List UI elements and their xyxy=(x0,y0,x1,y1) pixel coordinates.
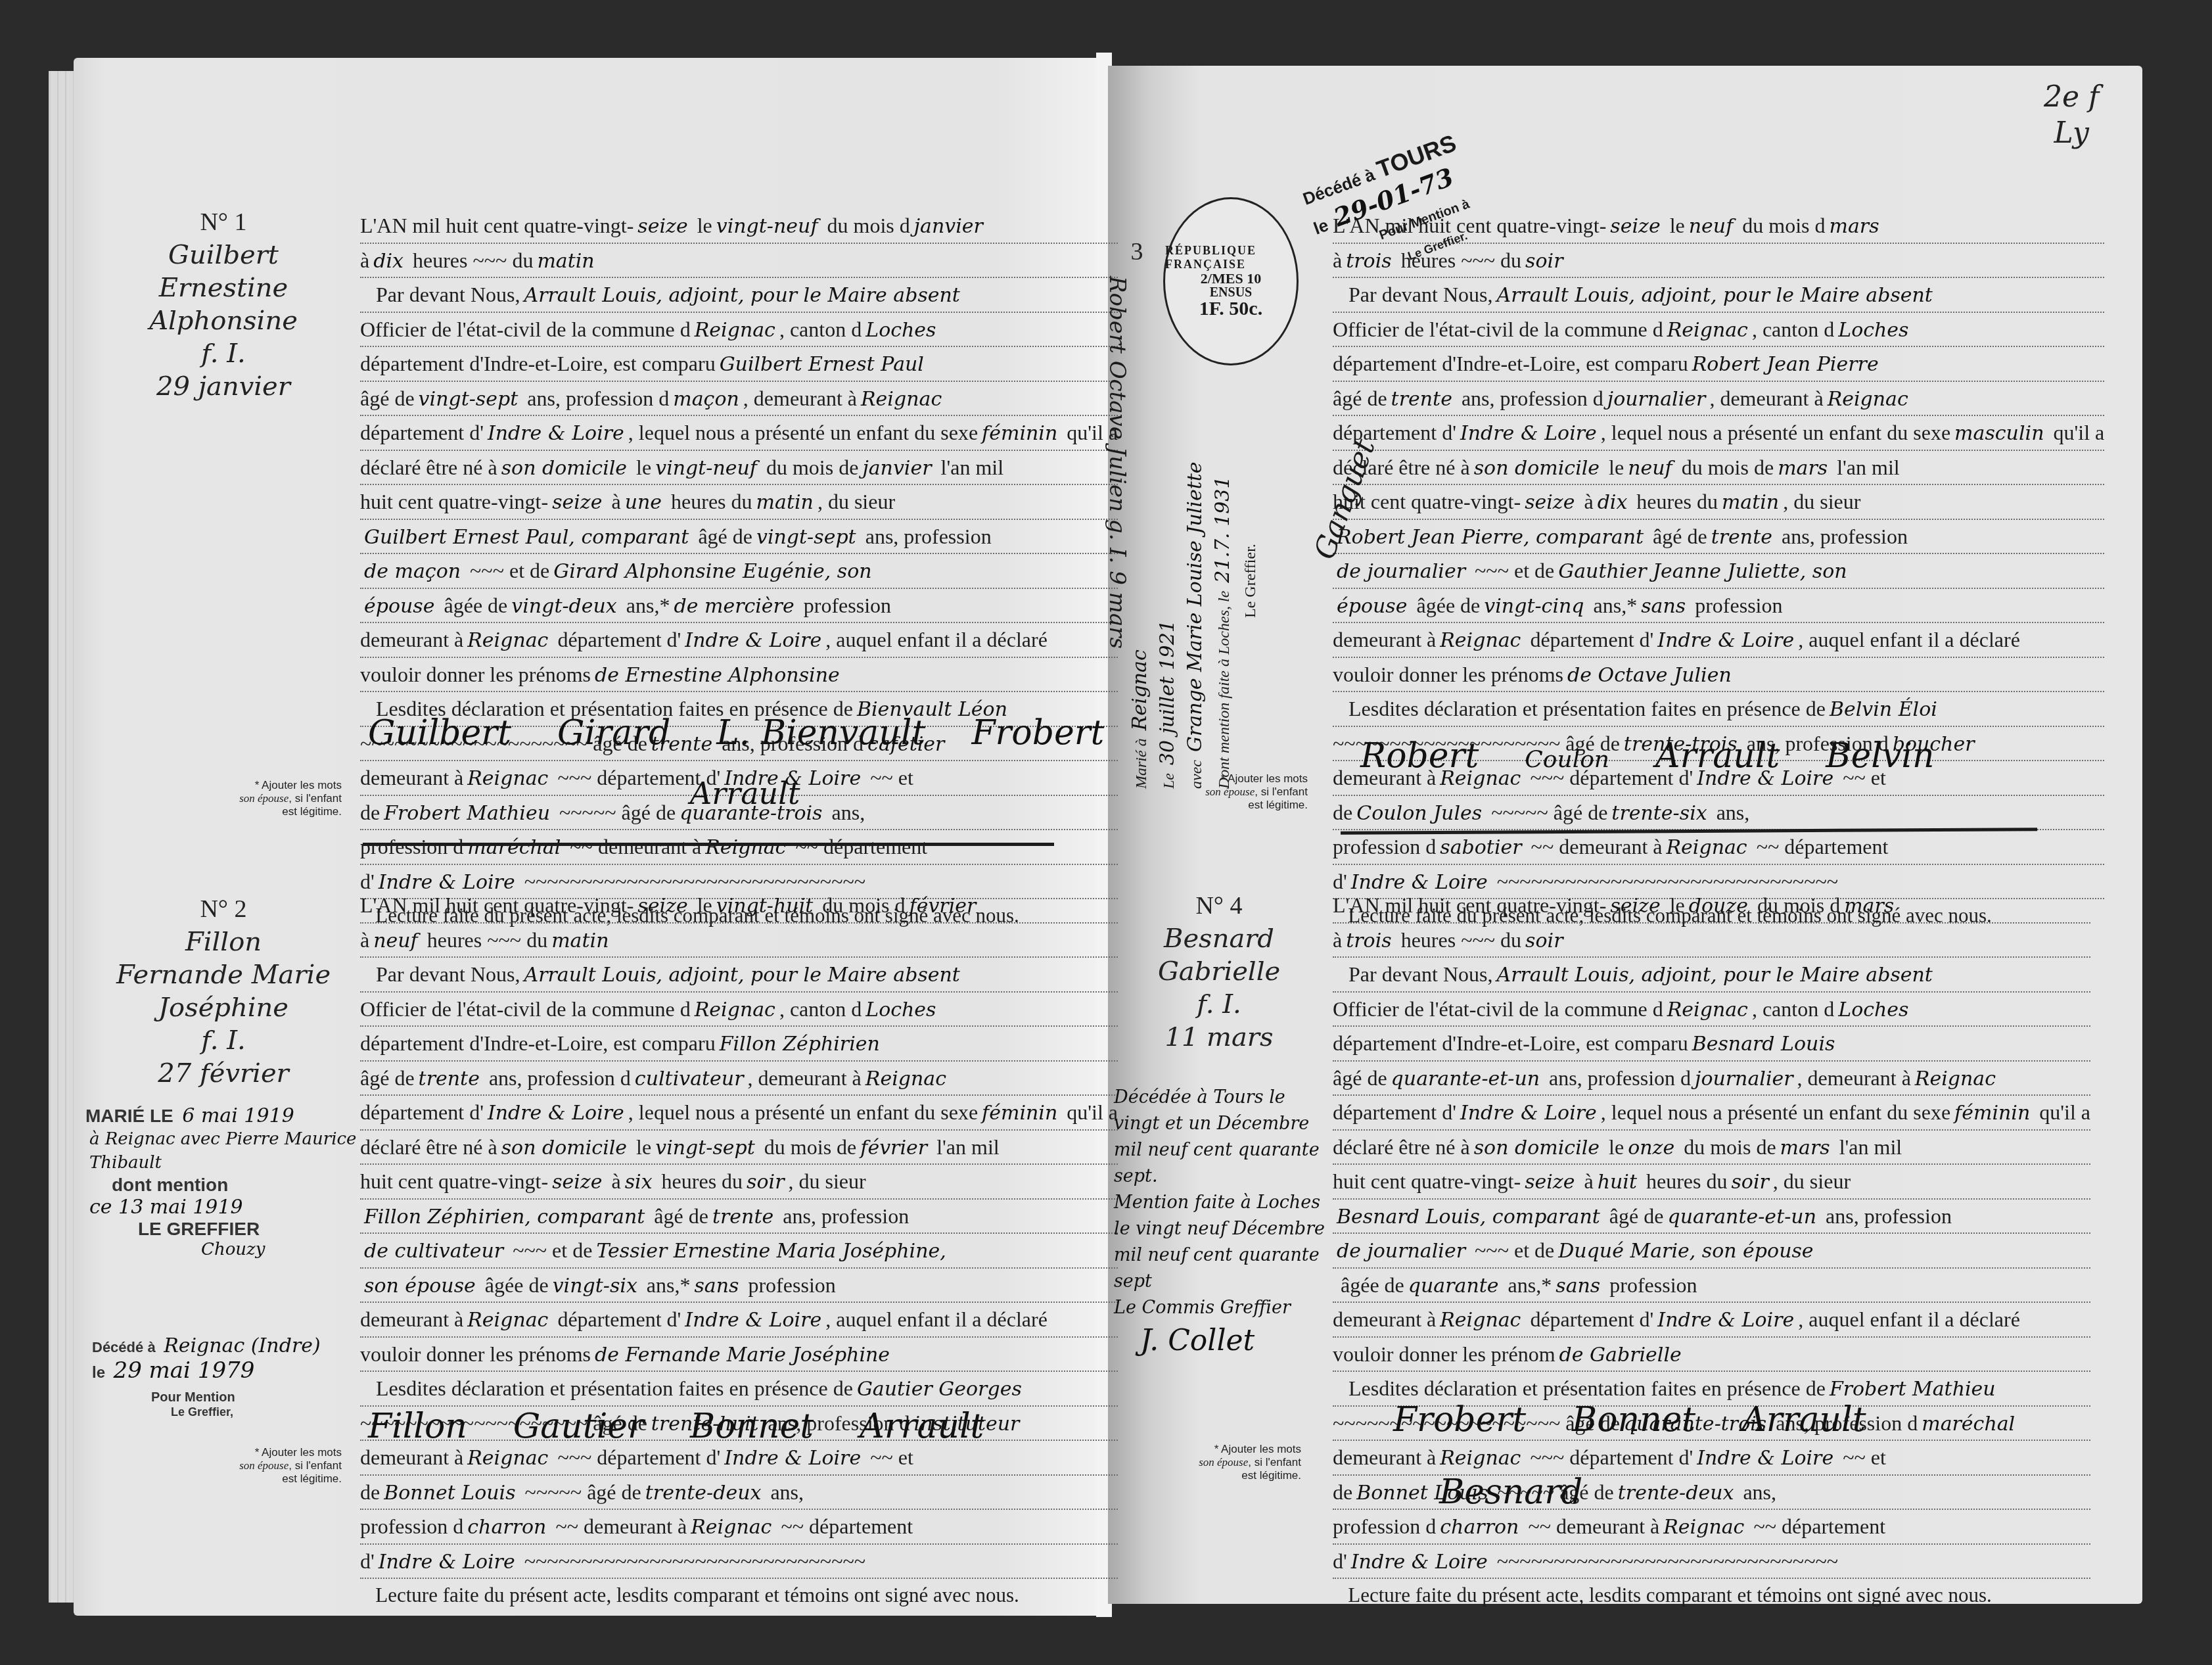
handwritten-father-profession: de journalier xyxy=(1333,1240,1469,1263)
handwritten-child-sex: masculin xyxy=(1950,422,2048,445)
handwritten-period: matin xyxy=(547,929,612,952)
handwritten-witness2-residence: Reignac xyxy=(687,1516,775,1539)
handwritten-mother-epouse xyxy=(1333,1275,1341,1298)
handwritten-father: Guilbert Ernest Paul, comparant xyxy=(360,526,693,549)
handwritten-mother-profession: sans xyxy=(1552,1275,1604,1298)
handwritten-witness2-profession: charron xyxy=(1436,1516,1523,1539)
act-3-signatures: RobertCoulonArraultBelvin xyxy=(1360,736,1980,776)
handwritten-birth-period: soir xyxy=(743,1171,788,1194)
handwritten-witness1-residence: Reignac xyxy=(1436,1447,1525,1470)
handwritten-commune: Reignac xyxy=(691,998,779,1021)
handwritten-mother-profession: sans xyxy=(1637,595,1690,618)
handwritten-declarant: Robert Jean Pierre xyxy=(1688,353,1883,376)
handwritten-child-sex: féminin xyxy=(978,1102,1061,1125)
handwritten-residence-dept: Indre & Loire xyxy=(484,1102,628,1125)
handwritten-mother: Girard Alphonsine Eugénie, son xyxy=(549,560,875,583)
handwritten-commune: Reignac xyxy=(691,319,779,342)
handwritten-given-names: de Gabrielle xyxy=(1555,1344,1686,1367)
handwritten-declarant-profession: cultivateur xyxy=(631,1067,748,1090)
handwritten-declarant-profession: journalier xyxy=(1603,388,1710,411)
handwritten-hour: trois xyxy=(1342,929,1395,952)
margin-given-names: Fernande Marie Joséphine xyxy=(99,958,348,1024)
handwritten-parents-dept: Indre & Loire xyxy=(1653,1309,1798,1332)
handwritten-mother-epouse: épouse xyxy=(360,595,439,618)
handwritten-given-names: de Fernande Marie Joséphine xyxy=(591,1344,894,1367)
handwritten-declarant-age: trente xyxy=(415,1067,484,1090)
handwritten-birth-day: onze xyxy=(1624,1137,1678,1160)
handwritten-birth-period: matin xyxy=(752,491,818,514)
handwritten-birth-year-suffix: seize xyxy=(1521,1171,1578,1194)
mention-stamp: dont mention xyxy=(112,1175,361,1196)
handwritten-officer: Arrault Louis, adjoint, pour le Maire ab… xyxy=(1493,964,1937,987)
handwritten-declarant-profession: maçon xyxy=(669,388,743,411)
handwritten-birth-place: son domicile xyxy=(1470,457,1603,480)
act-4-father-signature: Besnard xyxy=(1439,1472,1628,1512)
handwritten-residence: Reignac xyxy=(857,388,946,411)
handwritten-declarant-age: quarante-et-un xyxy=(1387,1067,1544,1090)
handwritten-month: janvier xyxy=(910,215,987,238)
handwritten-declarant-age: trente xyxy=(1387,388,1456,411)
birth-act-body: L'AN mil huit cent quatre-vingt-seize le… xyxy=(360,209,1118,933)
handwritten-parents-dept: Indre & Loire xyxy=(681,629,825,652)
tax-stamp: RÉPUBLIQUE FRANÇAISE 2/MES 10 ENSUS 1F. … xyxy=(1163,197,1299,365)
margin-date: 29 janvier xyxy=(99,370,348,403)
handwritten-given-names: de Octave Julien xyxy=(1563,664,1736,687)
death-note-act-2: Décédé à Reignac (Indre) le 29 mai 1979 … xyxy=(92,1334,368,1419)
handwritten-birth-day: vingt-neuf xyxy=(651,457,761,480)
handwritten-father-profession: de maçon xyxy=(360,560,465,583)
handwritten-birth-place: son domicile xyxy=(497,457,631,480)
handwritten-mother-age: vingt-six xyxy=(549,1275,641,1298)
handwritten-witness1-profession: maréchal xyxy=(1918,1413,2019,1436)
handwritten-hour: neuf xyxy=(369,929,422,952)
margin-surname: Guilbert xyxy=(99,239,348,271)
handwritten-witness2-residence: Reignac xyxy=(1659,1516,1748,1539)
act-1-signatures: GuilbertGirardL. BienvaultFrobert xyxy=(368,713,1150,753)
handwritten-residence-dept: Indre & Loire xyxy=(484,422,628,445)
handwritten-year-suffix: seize xyxy=(634,895,691,918)
handwritten-parents-residence: Reignac xyxy=(463,1309,552,1332)
handwritten-birth-period: matin xyxy=(1718,491,1783,514)
handwritten-declarant-profession: journalier xyxy=(1691,1067,1797,1090)
handwritten-month: mars xyxy=(1825,215,1883,238)
handwritten-officer: Arrault Louis, adjoint, pour le Maire ab… xyxy=(520,964,964,987)
handwritten-birth-hour: huit xyxy=(1594,1171,1641,1194)
death-note-act-4: Décédée à Tours le vingt et un Décembre … xyxy=(1114,1085,1331,1354)
handwritten-witness2-age: trente-deux xyxy=(641,1482,766,1505)
handwritten-mother-profession: de mercière xyxy=(670,595,798,618)
handwritten-residence-dept: Indre & Loire xyxy=(1456,1102,1601,1125)
handwritten-witness1: Gautier Georges xyxy=(853,1378,1026,1401)
handwritten-witness1: Belvin Éloi xyxy=(1826,698,1941,721)
handwritten-birth-month: janvier xyxy=(858,457,935,480)
handwritten-father: Fillon Zéphirien, comparant xyxy=(360,1206,649,1229)
handwritten-father-age: quarante-et-un xyxy=(1663,1206,1820,1229)
handwritten-mother-age: vingt-deux xyxy=(507,595,620,618)
handwritten-witness2-residence: Reignac xyxy=(1662,836,1751,859)
handwritten-period: matin xyxy=(533,250,598,273)
handwritten-period: soir xyxy=(1521,250,1567,273)
handwritten-father-profession: de journalier xyxy=(1333,560,1469,583)
handwritten-officer: Arrault Louis, adjoint, pour le Maire ab… xyxy=(520,284,964,307)
handwritten-witness1-dept: Indre & Loire xyxy=(720,1447,865,1470)
act-1-officer-signature: Arrault xyxy=(690,776,846,811)
footnote-3: * Ajouter les motsson épouse, si l'enfan… xyxy=(1183,772,1308,812)
handwritten-residence: Reignac xyxy=(862,1067,950,1090)
handwritten-witness1-dept: Indre & Loire xyxy=(1693,1447,1837,1470)
handwritten-birth-year-suffix: seize xyxy=(548,1171,606,1194)
handwritten-father-age: trente xyxy=(708,1206,777,1229)
handwritten-declarant: Besnard Louis xyxy=(1688,1033,1839,1056)
margin-date: 27 février xyxy=(99,1057,348,1090)
handwritten-parents-residence: Reignac xyxy=(1436,629,1525,652)
act-number: N° 1 xyxy=(99,207,348,239)
handwritten-father: Robert Jean Pierre, comparant xyxy=(1333,526,1647,549)
act-number: N° 2 xyxy=(99,894,348,926)
handwritten-given-names: de Ernestine Alphonsine xyxy=(591,664,844,687)
handwritten-parents-dept: Indre & Loire xyxy=(681,1309,825,1332)
greffier-stamp: LE GREFFIER xyxy=(138,1219,361,1240)
handwritten-father: Besnard Louis, comparant xyxy=(1333,1206,1604,1229)
handwritten-witness2: Frobert Mathieu xyxy=(380,802,554,825)
handwritten-year-suffix: seize xyxy=(634,215,691,238)
margin-given-names: Ernestine Alphonsine xyxy=(99,271,348,337)
handwritten-parents-residence: Reignac xyxy=(463,629,552,652)
handwritten-child-sex: féminin xyxy=(978,422,1061,445)
handwritten-father-age: vingt-sept xyxy=(752,526,860,549)
margin-sex: f. I. xyxy=(99,1024,348,1057)
act-4-margin: N° 4 Besnard Gabrielle f. I. 11 mars xyxy=(1143,891,1295,1054)
handwritten-witness2-dept: Indre & Loire xyxy=(375,1551,519,1574)
handwritten-witness2-age: trente-deux xyxy=(1614,1482,1738,1505)
handwritten-mother: Duqué Marie, son épouse xyxy=(1554,1240,1817,1263)
handwritten-birth-place: son domicile xyxy=(1470,1137,1603,1160)
handwritten-month: février xyxy=(906,895,980,918)
handwritten-hour: dix xyxy=(369,250,407,273)
handwritten-canton: Loches xyxy=(862,319,940,342)
handwritten-witness2-profession: sabotier xyxy=(1436,836,1525,859)
handwritten-declarant-age: vingt-sept xyxy=(415,388,522,411)
handwritten-birth-month: mars xyxy=(1776,1137,1834,1160)
handwritten-declarant: Fillon Zéphirien xyxy=(716,1033,884,1056)
handwritten-birth-hour: six xyxy=(621,1171,657,1194)
handwritten-parents-residence: Reignac xyxy=(1436,1309,1525,1332)
margin-surname: Fillon xyxy=(99,926,348,958)
handwritten-witness2-residence: Reignac xyxy=(701,836,790,859)
margin-sex: f. I. xyxy=(99,337,348,370)
handwritten-day: neuf xyxy=(1685,215,1738,238)
handwritten-birth-place: son domicile xyxy=(497,1137,631,1160)
handwritten-day: vingt-neuf xyxy=(712,215,822,238)
act-separator xyxy=(363,843,1054,846)
handwritten-witness1-residence: Reignac xyxy=(463,767,552,790)
corner-annotation: 2e f Ly xyxy=(2044,79,2099,151)
handwritten-witness1: Frobert Mathieu xyxy=(1826,1378,2000,1401)
handwritten-mother-age: vingt-cinq xyxy=(1480,595,1588,618)
handwritten-witness2: Bonnet Louis xyxy=(380,1482,519,1505)
handwritten-residence: Reignac xyxy=(1911,1067,2000,1090)
act-3-margin: 3 xyxy=(1117,237,1157,268)
handwritten-witness2-profession: maréchal xyxy=(463,836,565,859)
handwritten-mother: Tessier Ernestine Maria Joséphine, xyxy=(592,1240,950,1263)
birth-act-body: L'AN mil huit cent quatre-vingt-seize le… xyxy=(1333,209,2104,933)
handwritten-birth-hour: dix xyxy=(1594,491,1632,514)
footnote-4: * Ajouter les motsson épouse, si l'enfan… xyxy=(1176,1443,1301,1482)
handwritten-canton: Loches xyxy=(862,998,940,1021)
handwritten-mother-profession: sans xyxy=(690,1275,743,1298)
marriage-stamp: MARIÉ LE xyxy=(85,1106,173,1126)
handwritten-month: mars xyxy=(1840,895,1898,918)
handwritten-canton: Loches xyxy=(1834,998,1912,1021)
handwritten-birth-day: vingt-sept xyxy=(651,1137,759,1160)
footnote-1: * Ajouter les motsson épouse, si l'enfan… xyxy=(217,779,342,818)
handwritten-declarant: Guilbert Ernest Paul xyxy=(716,353,928,376)
act-1-margin: N° 1 Guilbert Ernestine Alphonsine f. I.… xyxy=(99,207,348,403)
handwritten-witness2-age: trente-six xyxy=(1607,802,1711,825)
handwritten-mother: Gauthier Jeanne Juliette, son xyxy=(1554,560,1851,583)
handwritten-mother-epouse: épouse xyxy=(1333,595,1412,618)
handwritten-parents-dept: Indre & Loire xyxy=(1653,629,1798,652)
act-2-margin: N° 2 Fillon Fernande Marie Joséphine f. … xyxy=(99,894,348,1090)
act-3-marriage-note: Marié à Reignac Le 30 juillet 1921 avec … xyxy=(1127,457,1264,789)
handwritten-officer: Arrault Louis, adjoint, pour le Maire ab… xyxy=(1493,284,1937,307)
footnote-2: * Ajouter les motsson épouse, si l'enfan… xyxy=(217,1446,342,1486)
handwritten-commune: Reignac xyxy=(1663,319,1752,342)
handwritten-witness2-dept: Indre & Loire xyxy=(1347,1551,1492,1574)
handwritten-birth-period: soir xyxy=(1727,1171,1772,1194)
act-4-signatures: FrobertBonnetArrault xyxy=(1393,1400,1912,1440)
book-page-edges xyxy=(49,71,77,1603)
handwritten-birth-month: mars xyxy=(1774,457,1832,480)
handwritten-mother-epouse: son épouse xyxy=(360,1275,480,1298)
handwritten-birth-year-suffix: seize xyxy=(548,491,606,514)
handwritten-father-profession: de cultivateur xyxy=(360,1240,507,1263)
handwritten-period: soir xyxy=(1521,929,1567,952)
handwritten-witness2-profession: charron xyxy=(463,1516,550,1539)
handwritten-mother-age: quarante xyxy=(1404,1275,1503,1298)
act-2-signatures: FillonGautierBonnetArrault xyxy=(368,1407,1030,1446)
handwritten-child-sex: féminin xyxy=(1950,1102,2034,1125)
handwritten-year-suffix: seize xyxy=(1606,895,1664,918)
marriage-note-act-2: MARIÉ LE 6 mai 1919 à Reignac avec Pierr… xyxy=(85,1104,361,1259)
handwritten-birth-year-suffix: seize xyxy=(1521,491,1578,514)
handwritten-commune: Reignac xyxy=(1663,998,1752,1021)
handwritten-birth-month: février xyxy=(856,1137,931,1160)
act-3-margin-names: Robert Octave Julien g. I. 9 mars xyxy=(1104,276,1130,649)
handwritten-year-suffix: seize xyxy=(1606,215,1664,238)
handwritten-witness2: Coulon Jules xyxy=(1352,802,1486,825)
handwritten-residence-dept: Indre & Loire xyxy=(1456,422,1601,445)
handwritten-birth-hour: une xyxy=(621,491,666,514)
handwritten-birth-day: neuf xyxy=(1624,457,1676,480)
handwritten-residence: Reignac xyxy=(1824,388,1912,411)
handwritten-day: vingt-huit xyxy=(712,895,818,918)
birth-act-body: L'AN mil huit cent quatre-vingt-seize le… xyxy=(360,889,1118,1612)
handwritten-father-age: trente xyxy=(1707,526,1776,549)
handwritten-canton: Loches xyxy=(1834,319,1912,342)
handwritten-day: douze xyxy=(1685,895,1752,918)
handwritten-witness1-residence: Reignac xyxy=(463,1447,552,1470)
